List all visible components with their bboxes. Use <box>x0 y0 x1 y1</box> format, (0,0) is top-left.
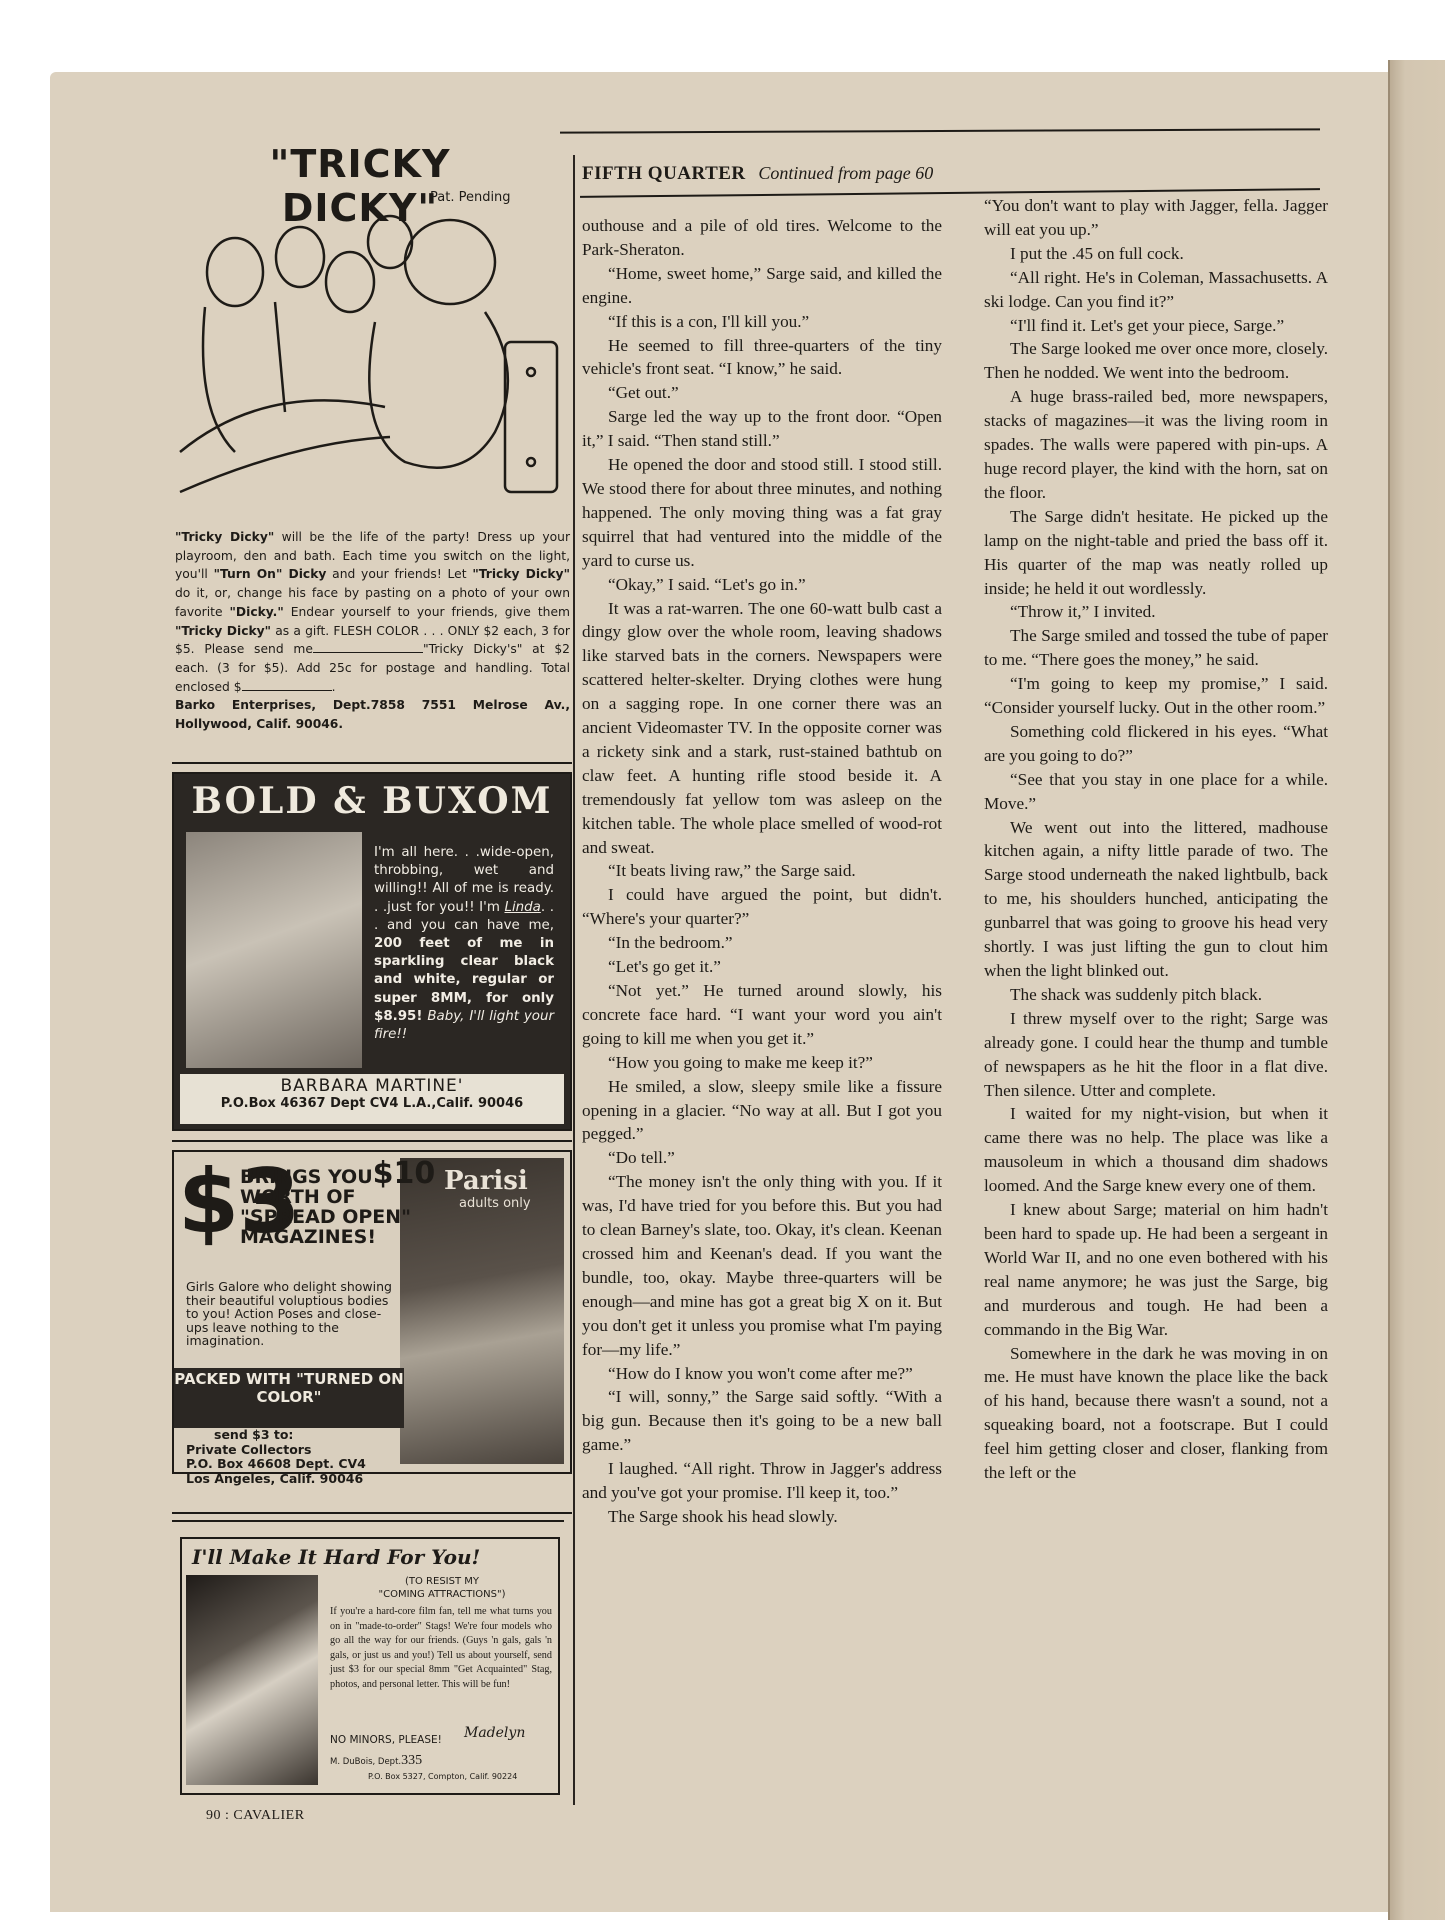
article-paragraph: It was a rat-warren. The one 60-watt bul… <box>582 597 942 860</box>
total-blank <box>242 680 332 691</box>
article-paragraph: I threw myself over to the right; Sarge … <box>984 1007 1328 1103</box>
article-paragraph: Somewhere in the dark he was moving in o… <box>984 1342 1328 1485</box>
article-paragraph: The Sarge didn't hesitate. He picked up … <box>984 505 1328 601</box>
article-paragraph: “Get out.” <box>582 381 942 405</box>
ad-divider <box>172 1512 572 1514</box>
article-paragraph: “See that you stay in one place for a wh… <box>984 768 1328 816</box>
article-paragraph: “In the bedroom.” <box>582 931 942 955</box>
advertiser-address: P.O.Box 46367 Dept CV4 L.A.,Calif. 90046 <box>180 1096 564 1111</box>
article-paragraph: “How you going to make me keep it?” <box>582 1051 942 1075</box>
article-paragraph: “Throw it,” I invited. <box>984 600 1328 624</box>
magazine-title: Parisi <box>444 1166 528 1196</box>
ad-divider <box>172 1140 572 1142</box>
article-column-2: “You don't want to play with Jagger, fel… <box>984 194 1328 1485</box>
bold-buxom-title: BOLD & BUXOM <box>174 780 570 822</box>
article-paragraph: A huge brass-railed bed, more newspapers… <box>984 385 1328 505</box>
page-folio: 90 : CAVALIER <box>206 1808 305 1824</box>
article-header: FIFTH QUARTER Continued from page 60 <box>582 163 933 185</box>
bold-buxom-footer: BARBARA MARTINE' P.O.Box 46367 Dept CV4 … <box>180 1074 564 1124</box>
film-offer-dept: M. DuBois, Dept.335 <box>330 1753 422 1769</box>
article-paragraph: The Sarge looked me over once more, clos… <box>984 337 1328 385</box>
binding-gutter <box>1388 60 1390 1920</box>
pat-pending-label: Pat. Pending <box>430 190 511 205</box>
film-offer-title: I'll Make It Hard For You! <box>192 1545 480 1569</box>
ad-photo-placeholder <box>186 832 362 1068</box>
article-column-1: outhouse and a pile of old tires. Welcom… <box>582 214 942 1529</box>
article-paragraph: “Not yet.” He turned around slowly, his … <box>582 979 942 1051</box>
article-paragraph: “The money isn't the only thing with you… <box>582 1170 942 1361</box>
bold-buxom-copy: I'm all here. . .wide-open, throbbing, w… <box>374 844 554 1044</box>
article-paragraph: “How do I know you won't come after me?” <box>582 1362 942 1386</box>
offer-subcopy: Girls Galore who delight showing their b… <box>186 1280 396 1348</box>
switch-cover-illustration <box>175 212 570 512</box>
article-paragraph: The Sarge smiled and tossed the tube of … <box>984 624 1328 672</box>
tricky-dicky-copy: "Tricky Dicky" will be the life of the p… <box>175 528 570 734</box>
article-paragraph: He seemed to fill three-quarters of the … <box>582 334 942 382</box>
article-paragraph: “It beats living raw,” the Sarge said. <box>582 859 942 883</box>
article-paragraph: He opened the door and stood still. I st… <box>582 453 942 573</box>
article-paragraph: Something cold flickered in his eyes. “W… <box>984 720 1328 768</box>
article-paragraph: “I will, sonny,” the Sarge said softly. … <box>582 1385 942 1457</box>
article-paragraph: outhouse and a pile of old tires. Welcom… <box>582 214 942 262</box>
article-paragraph: Sarge led the way up to the front door. … <box>582 405 942 453</box>
offer-address: send $3 to: Private Collectors P.O. Box … <box>186 1428 406 1486</box>
magazine-offer-ad: Parisi adults only $3 BRINGS YOU$10 WORT… <box>172 1150 572 1474</box>
article-paragraph: I laughed. “All right. Throw in Jagger's… <box>582 1457 942 1505</box>
article-paragraph: I could have argued the point, but didn'… <box>582 883 942 931</box>
article-paragraph: “Okay,” I said. “Let's go in.” <box>582 573 942 597</box>
article-paragraph: “Do tell.” <box>582 1146 942 1170</box>
no-minors-notice: NO MINORS, PLEASE! <box>330 1734 442 1746</box>
film-offer-ad: I'll Make It Hard For You! (TO RESIST MY… <box>180 1537 560 1795</box>
article-paragraph: “If this is a con, I'll kill you.” <box>582 310 942 334</box>
article-paragraph: The Sarge shook his head slowly. <box>582 1505 942 1529</box>
advertiser-name: BARBARA MARTINE' <box>180 1074 564 1096</box>
film-offer-address: P.O. Box 5327, Compton, Calif. 90224 <box>368 1772 517 1781</box>
article-kicker: FIFTH QUARTER <box>582 163 746 184</box>
article-paragraph: He smiled, a slow, sleepy smile like a f… <box>582 1075 942 1147</box>
article-paragraph: The shack was suddenly pitch black. <box>984 983 1328 1007</box>
ad-divider <box>172 762 572 764</box>
offer-headline: BRINGS YOU$10 WORTH OF "SPREAD OPEN" MAG… <box>240 1164 440 1247</box>
article-paragraph: “All right. He's in Coleman, Massachuset… <box>984 266 1328 314</box>
film-offer-copy: If you're a hard-core film fan, tell me … <box>330 1605 552 1693</box>
article-paragraph: “Home, sweet home,” Sarge said, and kill… <box>582 262 942 310</box>
tricky-dicky-address: Barko Enterprises, Dept.7858 7551 Melros… <box>175 698 570 731</box>
column-divider <box>573 155 575 1805</box>
continued-line: Continued from page 60 <box>758 163 933 183</box>
quantity-blank <box>313 642 423 653</box>
article-paragraph: “You don't want to play with Jagger, fel… <box>984 194 1328 242</box>
magazine-tag: adults only <box>459 1196 531 1211</box>
article-paragraph: I waited for my night-vision, but when i… <box>984 1102 1328 1198</box>
film-offer-subtitle: (TO RESIST MY "COMING ATTRACTIONS") <box>332 1575 552 1601</box>
article-paragraph: We went out into the littered, madhouse … <box>984 816 1328 983</box>
signature: Madelyn <box>464 1725 525 1741</box>
article-paragraph: I put the .45 on full cock. <box>984 242 1328 266</box>
article-paragraph: “Let's go get it.” <box>582 955 942 979</box>
article-paragraph: I knew about Sarge; material on him hadn… <box>984 1198 1328 1341</box>
ad-divider <box>172 1520 564 1522</box>
article-paragraph: “I'm going to keep my promise,” I said. … <box>984 672 1328 720</box>
color-band: PACKED WITH "TURNED ON COLOR" <box>174 1368 404 1428</box>
bold-buxom-ad: BOLD & BUXOM I'm all here. . .wide-open,… <box>172 772 572 1131</box>
ad-photo-placeholder <box>186 1575 318 1785</box>
article-paragraph: “I'll find it. Let's get your piece, Sar… <box>984 314 1328 338</box>
facing-page-edge <box>1388 60 1445 1920</box>
